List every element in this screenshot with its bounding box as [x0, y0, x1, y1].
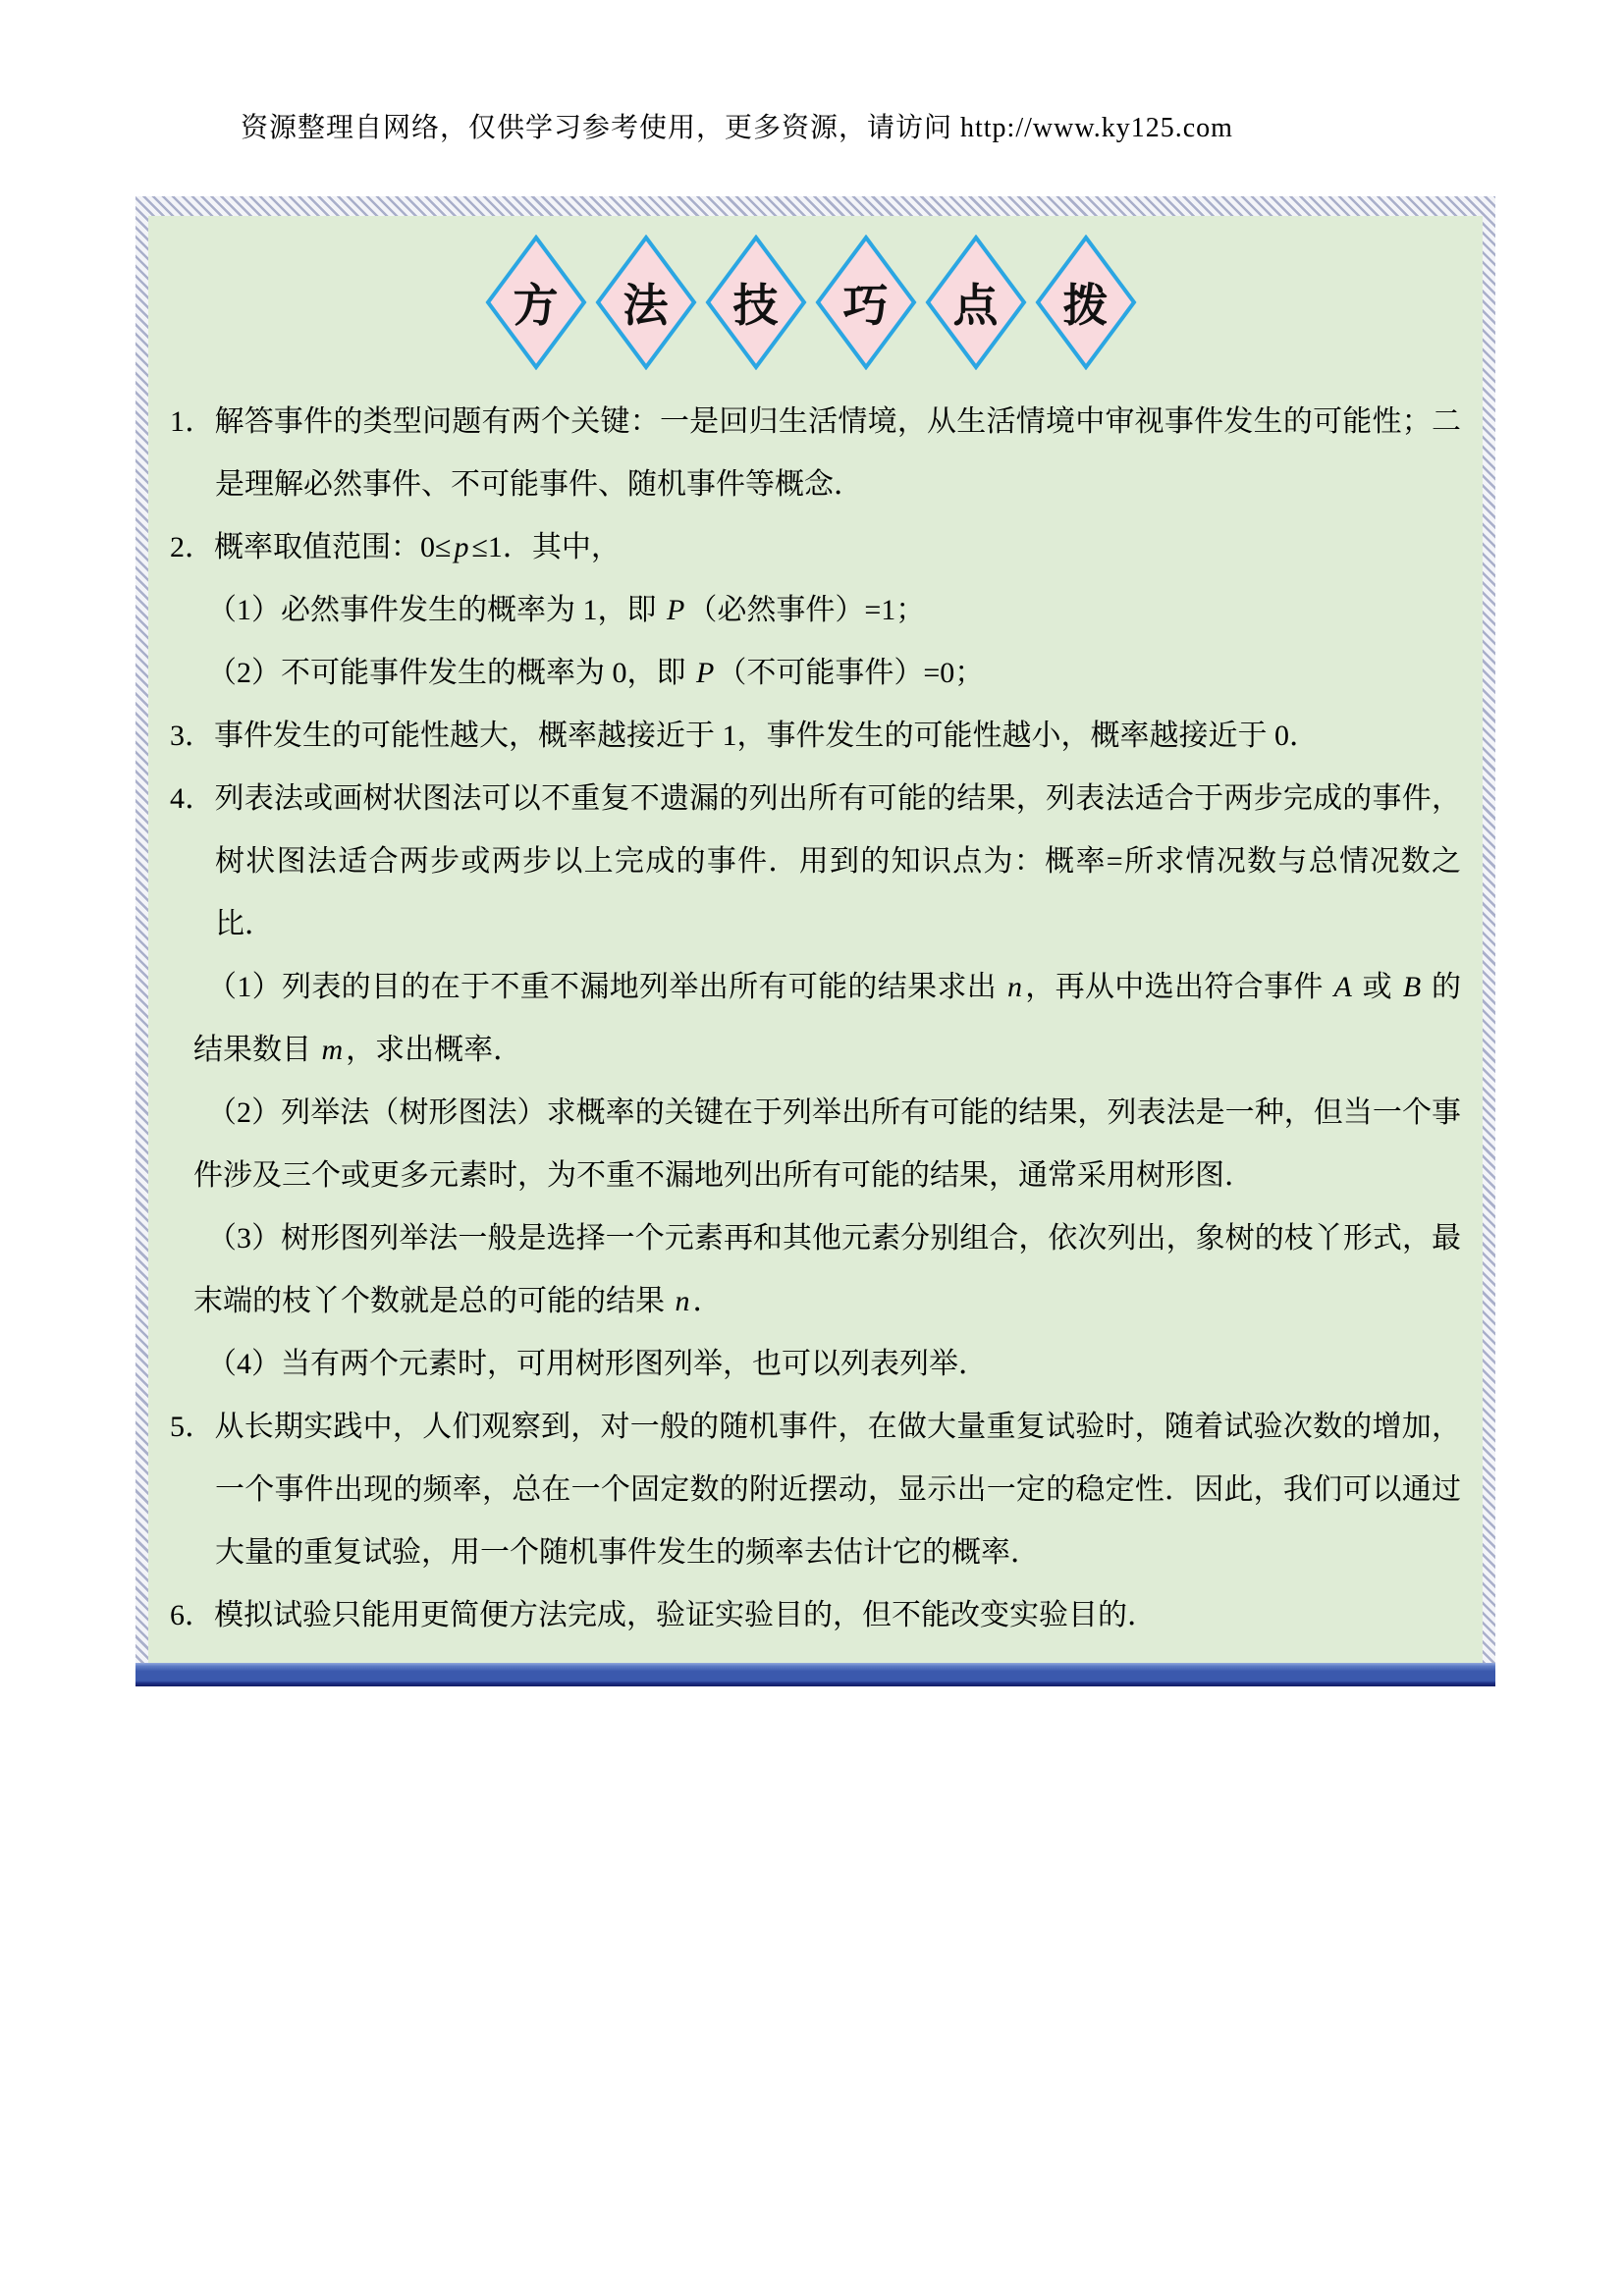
title-diamond: 技 [705, 235, 807, 370]
math-variable: B [1400, 971, 1424, 1003]
diamond-char: 巧 [815, 235, 917, 370]
tip-paragraph: （1）列表的目的在于不重不漏地列举出所有可能的结果求出 n，再从中选出符合事件 … [160, 956, 1461, 1082]
tip-paragraph: 3．事件发生的可能性越大，概率越接近于 1，事件发生的可能性越小，概率越接近于 … [160, 705, 1461, 768]
header-text: 资源整理自网络，仅供学习参考使用，更多资源，请访问 http://www.ky1… [0, 106, 1624, 145]
math-variable: n [673, 1285, 693, 1317]
diamond-char: 拨 [1035, 235, 1137, 370]
page-root: { "header": { "text": "资源整理自网络，仅供学习参考使用，… [0, 0, 1624, 2296]
tip-paragraph: 6．模拟试验只能用更简便方法完成，验证实验目的，但不能改变实验目的． [160, 1584, 1461, 1647]
diamond-char: 技 [705, 235, 807, 370]
method-tips-content: 方法技巧点拨 1．解答事件的类型问题有两个关键：一是回归生活情境，从生活情境中审… [148, 216, 1483, 1663]
bottom-accent-bar [135, 1663, 1495, 1686]
method-tips-box: 方法技巧点拨 1．解答事件的类型问题有两个关键：一是回归生活情境，从生活情境中审… [135, 196, 1495, 1686]
tip-paragraph: （3）树形图列举法一般是选择一个元素再和其他元素分别组合，依次列出，象树的枝丫形… [160, 1207, 1461, 1333]
tips-body: 1．解答事件的类型问题有两个关键：一是回归生活情境，从生活情境中审视事件发生的可… [160, 391, 1461, 1647]
title-diamond: 巧 [815, 235, 917, 370]
math-variable: m [319, 1034, 347, 1066]
title-diamond: 方 [485, 235, 587, 370]
math-variable: P [693, 657, 717, 689]
tip-paragraph: 4．列表法或画树状图法可以不重复不遗漏的列出所有可能的结果，列表法适合于两步完成… [160, 768, 1461, 956]
tip-paragraph: （1）必然事件发生的概率为 1，即 P（必然事件）=1； [160, 579, 1461, 642]
diamond-char: 方 [485, 235, 587, 370]
math-variable: A [1331, 971, 1355, 1003]
title-diamond: 拨 [1035, 235, 1137, 370]
tip-paragraph: 5．从长期实践中，人们观察到，对一般的随机事件，在做大量重复试验时，随着试验次数… [160, 1396, 1461, 1584]
tip-paragraph: （2）不可能事件发生的概率为 0，即 P（不可能事件）=0； [160, 642, 1461, 705]
tip-paragraph: 2．概率取值范围：0≤p≤1．其中， [160, 516, 1461, 579]
diamond-char: 点 [925, 235, 1027, 370]
tip-paragraph: 1．解答事件的类型问题有两个关键：一是回归生活情境，从生活情境中审视事件发生的可… [160, 391, 1461, 516]
diamond-char: 法 [595, 235, 697, 370]
math-variable: P [664, 594, 687, 626]
title-diamonds: 方法技巧点拨 [160, 230, 1461, 375]
math-variable: p [451, 531, 471, 563]
title-diamond: 法 [595, 235, 697, 370]
title-diamond: 点 [925, 235, 1027, 370]
tip-paragraph: （2）列举法（树形图法）求概率的关键在于列举出所有可能的结果，列表法是一种，但当… [160, 1082, 1461, 1207]
tip-paragraph: （4）当有两个元素时，可用树形图列举，也可以列表列举． [160, 1333, 1461, 1396]
math-variable: n [1004, 971, 1025, 1003]
